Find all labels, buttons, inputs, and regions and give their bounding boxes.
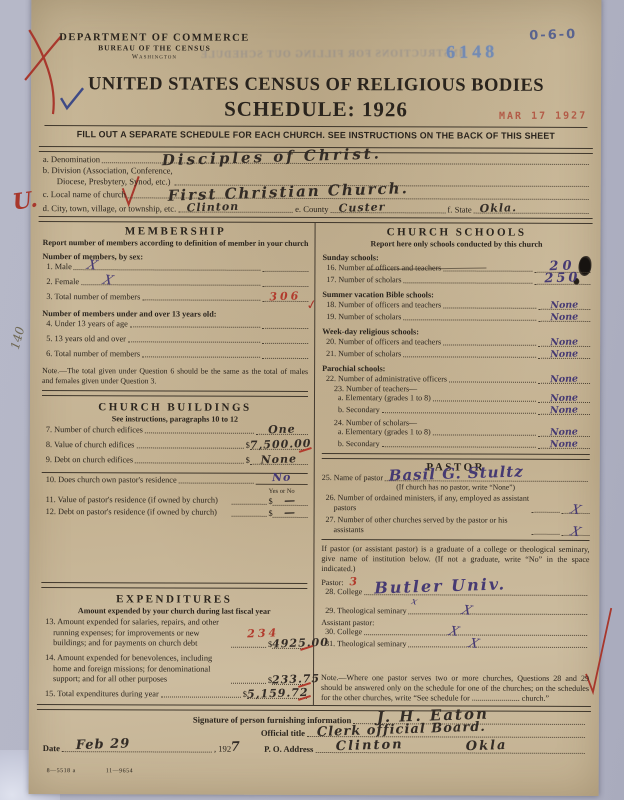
question-20: 20. Number of officers and teachers None bbox=[322, 337, 590, 347]
handwritten-x: X bbox=[86, 259, 99, 273]
question-18: 18. Number of officers and teachers None bbox=[322, 300, 590, 310]
answer-line: — bbox=[273, 517, 308, 518]
q30-label: 30. College bbox=[321, 627, 362, 636]
dotted-leader bbox=[433, 434, 536, 435]
question-17: 17. Number of scholars 250 bbox=[322, 275, 590, 285]
answer-line: None bbox=[538, 448, 590, 449]
form-header: INSTRUCTIONS FOR FILLING OUT SCHEDULE DE… bbox=[31, 0, 602, 148]
official-title-label: Official title bbox=[261, 728, 305, 738]
question-4: 4. Under 13 years of age bbox=[42, 319, 308, 329]
answer-area: X bbox=[530, 494, 590, 514]
dotted-leader: X bbox=[81, 284, 260, 286]
answer-line: None bbox=[538, 321, 590, 322]
q14-label: 14. Amount expended for benevolences, in… bbox=[41, 653, 229, 685]
bureau-place: Washington bbox=[59, 53, 250, 61]
q11-label: 11. Value of pastor's residence (if owne… bbox=[42, 495, 230, 506]
age-group-label: Number of members under and over 13 year… bbox=[42, 309, 308, 319]
dotted-leader bbox=[433, 400, 536, 401]
expenditures-subtitle: Amount expended by your church during la… bbox=[41, 606, 307, 617]
handwritten-x: X bbox=[560, 525, 592, 541]
question-11: 11. Value of pastor's residence (if owne… bbox=[42, 495, 308, 506]
question-29: 29. Theological seminary X bbox=[321, 606, 589, 616]
answer-line: None bbox=[538, 436, 590, 437]
question-24a: a. Elementary (grades 1 to 8) None bbox=[322, 427, 590, 437]
handwritten-pastor-name: Basil G. Stultz bbox=[389, 464, 524, 483]
q13-label: 13. Amount expended for salaries, repair… bbox=[41, 617, 229, 649]
answer-line: One bbox=[256, 434, 308, 435]
form-code-1: 8—5518 a bbox=[47, 769, 76, 775]
answer-line: X bbox=[562, 513, 590, 514]
po-address-label: P. O. Address bbox=[264, 744, 313, 754]
answer-line: None bbox=[538, 358, 590, 359]
dotted-leader bbox=[449, 382, 536, 383]
handwritten-x: X bbox=[447, 625, 460, 639]
sex-group-label: Number of members, by sex: bbox=[42, 252, 308, 262]
handwritten-po-state: Okla bbox=[465, 739, 507, 753]
handwritten-x: X bbox=[467, 637, 480, 651]
instruction-banner: FILL OUT A SEPARATE SCHEDULE FOR EACH CH… bbox=[44, 125, 587, 143]
dotted-leader bbox=[231, 683, 266, 684]
dotted-leader bbox=[532, 512, 560, 513]
handwritten-year-digit: 7 bbox=[231, 741, 240, 754]
q12-label: 12. Debt on pastor's residence (if owned… bbox=[42, 507, 230, 518]
q8-label: 8. Value of church edifices bbox=[42, 440, 135, 449]
dotted-leader bbox=[403, 282, 532, 283]
dotted-leader bbox=[443, 345, 536, 346]
rule bbox=[321, 539, 589, 541]
answer-line: 250 bbox=[534, 284, 590, 285]
summer-schools-label: Summer vacation Bible schools: bbox=[322, 290, 590, 300]
handwritten-none: None bbox=[538, 349, 590, 360]
handwritten-none: None bbox=[538, 427, 590, 438]
amount-area: $ — bbox=[230, 495, 308, 506]
field-denomination: a. Denomination Disciples of Christ. bbox=[43, 154, 591, 166]
rule bbox=[322, 453, 590, 460]
dotted-leader bbox=[128, 341, 260, 342]
handwritten-no: No bbox=[256, 471, 308, 484]
weekday-schools-label: Week-day religious schools: bbox=[322, 327, 590, 337]
dotted-leader: Custer bbox=[331, 213, 446, 214]
handwritten-none: None bbox=[538, 337, 590, 348]
answer-line: None bbox=[250, 464, 308, 465]
question-14: 14. Amount expended for benevolences, in… bbox=[41, 653, 307, 685]
question-3: 3. Total number of members 306 bbox=[42, 292, 308, 302]
answer-line: None bbox=[538, 309, 590, 310]
dotted-leader: X bbox=[74, 269, 261, 271]
red-margin-initial: U. bbox=[11, 186, 39, 215]
handwritten-none: None bbox=[538, 312, 590, 323]
form-body-columns: MEMBERSHIP Report number of members acco… bbox=[37, 223, 595, 707]
q17-label: 17. Number of scholars bbox=[322, 275, 401, 284]
expenditures-title: EXPENDITURES bbox=[41, 593, 307, 606]
field-local-name: c. Local name of church First Christian … bbox=[43, 190, 591, 202]
dotted-leader bbox=[532, 534, 560, 535]
handwritten-city: Clinton bbox=[186, 201, 239, 214]
census-schedule-form: U. 140 ✓ INSTRUCTIONS FOR FILLING OUT SC… bbox=[29, 0, 602, 796]
answer-line: 4925.00 bbox=[272, 648, 307, 649]
handwritten-dash: — bbox=[273, 507, 308, 519]
division-label-line2: Diocese, Presbytery, Synod, etc.) bbox=[43, 176, 171, 186]
dotted-leader bbox=[179, 483, 254, 484]
dotted-leader: Clinton bbox=[178, 212, 293, 213]
field-city-county-state: d. City, town, village, or township, etc… bbox=[43, 204, 591, 216]
handwritten-none: None bbox=[250, 453, 308, 466]
question-7: 7. Number of church edifices One bbox=[42, 425, 308, 435]
dotted-leader: X bbox=[409, 613, 588, 615]
handwritten-value: 7,500.00 bbox=[250, 438, 308, 451]
answer-line: None bbox=[538, 414, 590, 415]
q31-label: 31. Theological seminary bbox=[321, 639, 406, 648]
dotted-leader bbox=[142, 299, 260, 300]
state-label: f. State bbox=[447, 205, 471, 215]
answer-line: 5,159.72 bbox=[247, 698, 307, 699]
answer-line: None bbox=[538, 346, 590, 347]
question-8: 8. Value of church edifices $ 7,500.00 bbox=[42, 440, 308, 450]
handwritten-none: None bbox=[538, 374, 590, 385]
answer-line: None bbox=[538, 402, 590, 403]
printed-year: , 192 bbox=[214, 744, 231, 754]
membership-note: Note.—The total given under Question 6 s… bbox=[42, 366, 308, 386]
schools-subtitle: Report here only schools conducted by th… bbox=[323, 239, 591, 250]
handwritten-dash: — bbox=[273, 494, 308, 506]
question-30: 30. College X bbox=[321, 627, 589, 637]
city-label: d. City, town, village, or township, etc… bbox=[43, 204, 177, 214]
question-9: 9. Debt on church edifices $ None bbox=[42, 455, 308, 465]
q21-label: 21. Number of scholars bbox=[322, 349, 401, 358]
handwritten-none: None bbox=[538, 393, 590, 404]
rule bbox=[41, 582, 307, 589]
question-10: 10. Does church own pastor's residence N… bbox=[42, 475, 308, 485]
amount-area: $ — bbox=[230, 508, 308, 519]
handwritten-code: 0-6-0 bbox=[529, 27, 577, 43]
rule bbox=[42, 390, 308, 397]
answer-line: 306 bbox=[262, 301, 308, 302]
question-26: 26. Number of ordained ministers, if any… bbox=[322, 493, 590, 514]
pastor-label: Pastor: bbox=[321, 578, 343, 587]
question-28: 28. College Butler Univ. bbox=[321, 587, 589, 597]
dotted-leader bbox=[130, 326, 260, 327]
address-line: Clinton Okla bbox=[315, 752, 584, 754]
q20-label: 20. Number of officers and teachers bbox=[322, 337, 441, 346]
q1-label: 1. Male bbox=[42, 262, 71, 271]
membership-title: MEMBERSHIP bbox=[43, 226, 309, 239]
answer-area: X bbox=[530, 516, 590, 536]
q23b-label: b. Secondary bbox=[338, 405, 380, 414]
dotted-leader bbox=[161, 697, 241, 698]
q25-label: 25. Name of pastor bbox=[322, 473, 383, 482]
handwritten-total-306: 306 bbox=[262, 290, 308, 302]
dotted-leader bbox=[443, 271, 532, 272]
red-correction-234: 234 bbox=[247, 628, 279, 640]
left-column: MEMBERSHIP Report number of members acco… bbox=[37, 223, 315, 706]
handwritten-250: 250 bbox=[534, 271, 590, 286]
form-code-2: 11—9654 bbox=[106, 769, 133, 775]
q23a-label: a. Elementary (grades 1 to 8) bbox=[338, 393, 431, 402]
dotted-leader bbox=[135, 462, 244, 463]
handwritten-none: None bbox=[538, 405, 590, 416]
dotted-leader: Okla. bbox=[474, 213, 589, 214]
agency-block: DEPARTMENT OF COMMERCE BUREAU OF THE CEN… bbox=[59, 32, 250, 61]
dotted-leader bbox=[382, 446, 536, 448]
q5-label: 5. 13 years old and over bbox=[42, 334, 126, 343]
buildings-title: CHURCH BUILDINGS bbox=[42, 401, 308, 414]
membership-subtitle: Report number of members according to de… bbox=[43, 239, 309, 250]
division-label-line1: b. Division (Association, Conference, bbox=[43, 165, 173, 175]
q22-label: 22. Number of administrative officers bbox=[322, 374, 447, 383]
answer-line bbox=[262, 271, 308, 272]
schools-title: CHURCH SCHOOLS bbox=[323, 226, 591, 239]
question-23b: b. Secondary None bbox=[322, 405, 590, 415]
question-27: 27. Number of other churches served by t… bbox=[322, 515, 590, 536]
margin-file-number: 140 bbox=[8, 325, 28, 351]
answer-line: No bbox=[256, 484, 308, 485]
q18-label: 18. Number of officers and teachers bbox=[322, 300, 441, 309]
dotted-leader bbox=[403, 356, 536, 357]
dotted-leader bbox=[142, 356, 260, 357]
question-19: 19. Number of scholars None bbox=[322, 312, 590, 322]
answer-line: X bbox=[562, 535, 590, 536]
question-5: 5. 13 years old and over bbox=[42, 334, 308, 344]
q29-label: 29. Theological seminary bbox=[321, 606, 406, 615]
handwritten-one: One bbox=[256, 423, 308, 436]
question-21: 21. Number of scholars None bbox=[322, 349, 590, 359]
field-label: b. Division (Association, Conference, Di… bbox=[43, 165, 173, 187]
handwritten-county: Custer bbox=[338, 202, 385, 214]
right-column: CHURCH SCHOOLS Report here only schools … bbox=[314, 223, 595, 706]
dotted-leader bbox=[136, 448, 243, 449]
scanned-census-form-page: { "meta": { "dollar": "$" }, "header": {… bbox=[0, 0, 624, 800]
question-12: 12. Debt on pastor's residence (if owned… bbox=[42, 507, 308, 518]
q6-label: 6. Total number of members bbox=[42, 349, 140, 358]
serial-number-stamp: 6148 bbox=[446, 41, 498, 63]
field-label: c. Local name of church bbox=[43, 190, 126, 200]
q19-label: 19. Number of scholars bbox=[322, 312, 401, 321]
question-1: 1. Male X bbox=[42, 262, 308, 272]
dotted-leader bbox=[145, 433, 254, 434]
dotted-leader: X bbox=[409, 646, 588, 648]
q10-label: 10. Does church own pastor's residence bbox=[42, 475, 177, 484]
question-23a: a. Elementary (grades 1 to 8) None bbox=[322, 393, 590, 403]
form-title: UNITED STATES CENSUS OF RELIGIOUS BODIES bbox=[31, 74, 601, 97]
amount-area: 234 $ 233.75 bbox=[229, 654, 307, 685]
answer-line bbox=[262, 328, 308, 329]
form-codes: 8—5518 a 11—9654 bbox=[47, 769, 161, 775]
answer-line: 7,500.00 bbox=[250, 449, 308, 450]
answer-line bbox=[262, 286, 308, 287]
dotted-leader bbox=[403, 319, 536, 320]
handwritten-x: X bbox=[460, 604, 473, 618]
q27-label: 27. Number of other churches served by t… bbox=[322, 515, 530, 536]
handwritten-college: Butler Univ. bbox=[374, 576, 506, 596]
identification-fields: a. Denomination Disciples of Christ. b. … bbox=[31, 152, 601, 215]
dotted-leader bbox=[382, 412, 536, 414]
received-date-stamp: MAR 17 1927 bbox=[499, 111, 587, 122]
dotted-leader: Basil G. Stultz bbox=[385, 480, 588, 482]
question-24b: b. Secondary None bbox=[322, 439, 590, 449]
answer-line bbox=[262, 358, 308, 359]
dotted-leader: Butler Univ. bbox=[364, 594, 587, 596]
q28-label: 28. College bbox=[321, 587, 362, 596]
county-label: e. County bbox=[295, 204, 328, 214]
dotted-leader bbox=[231, 647, 266, 648]
question-6: 6. Total number of members bbox=[42, 349, 308, 359]
handwritten-date: Feb 29 bbox=[76, 738, 131, 753]
field-label: a. Denomination bbox=[43, 154, 100, 164]
pastor-note: Note.—Where one pastor serves two or mor… bbox=[321, 673, 589, 704]
dotted-leader bbox=[232, 516, 267, 517]
red-mark-3: 3 bbox=[349, 576, 358, 587]
handwritten-none: None bbox=[538, 439, 590, 450]
dotted-leader bbox=[443, 308, 536, 309]
question-2: 2. Female X bbox=[42, 277, 308, 287]
date-address-row: Date Feb 29 , 192 7 P. O. Address Clinto… bbox=[43, 741, 587, 756]
parochial-schools-label: Parochial schools: bbox=[322, 364, 590, 374]
q7-label: 7. Number of church edifices bbox=[42, 425, 143, 434]
graduate-note: If pastor (or assistant pastor) is a gra… bbox=[321, 544, 589, 575]
q15-label: 15. Total expenditures during year bbox=[41, 690, 159, 699]
q2-label: 2. Female bbox=[42, 277, 79, 286]
signature-row: Signature of person furnishing informati… bbox=[43, 715, 587, 727]
date-line: Feb 29 bbox=[62, 752, 212, 754]
question-31: 31. Theological seminary X bbox=[321, 639, 589, 649]
answer-line: None bbox=[538, 383, 590, 384]
handwritten-none: None bbox=[538, 300, 590, 311]
answer-line bbox=[262, 343, 308, 344]
q4-label: 4. Under 13 years of age bbox=[42, 319, 128, 328]
question-22: 22. Number of administrative officers No… bbox=[322, 374, 590, 384]
q3-label: 3. Total number of members bbox=[42, 292, 140, 301]
q24b-label: b. Secondary bbox=[338, 439, 380, 448]
dotted-leader bbox=[232, 504, 267, 505]
q25-caption: (If church has no pastor, write “None”) bbox=[322, 482, 590, 492]
handwritten-x: X bbox=[101, 274, 114, 288]
dotted-leader: First Christian Church. bbox=[128, 198, 589, 201]
question-25: 25. Name of pastor Basil G. Stultz bbox=[322, 473, 590, 483]
question-15: 15. Total expenditures during year $ 5,1… bbox=[41, 690, 307, 700]
q9-label: 9. Debt on church edifices bbox=[42, 455, 133, 464]
handwritten-state: Okla. bbox=[480, 203, 518, 215]
handwritten-po-city: Clinton bbox=[335, 739, 403, 754]
date-label: Date bbox=[43, 744, 60, 754]
q24a-label: a. Elementary (grades 1 to 8) bbox=[338, 427, 431, 436]
signature-section: Signature of person furnishing informati… bbox=[29, 710, 599, 755]
q26-label: 26. Number of ordained ministers, if any… bbox=[322, 493, 530, 514]
